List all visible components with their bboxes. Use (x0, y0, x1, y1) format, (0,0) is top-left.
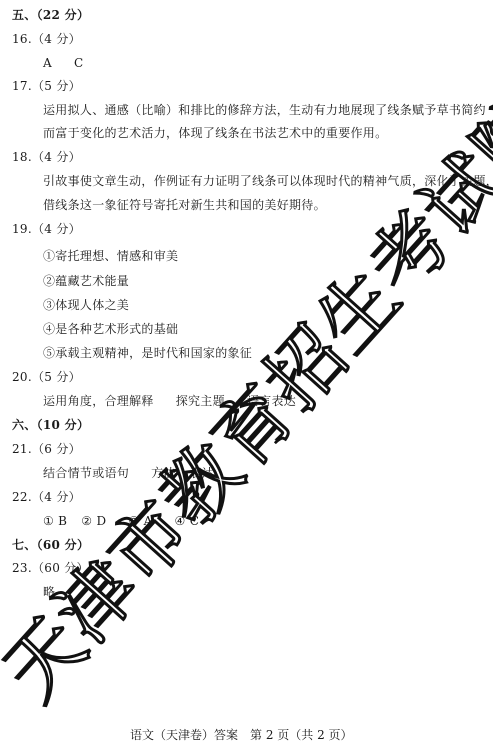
question-20-answer: 运用角度，合理解释探究主题语言表达 (43, 394, 296, 408)
answer-option: ③ A (128, 514, 152, 528)
question-19-item: ③体现人体之美 (43, 298, 129, 312)
question-23-answer: 略 (43, 585, 55, 599)
question-19-item: ⑤承载主观精神，是时代和国家的象征 (43, 346, 252, 360)
answer-point: 语言表达 (247, 394, 296, 408)
question-20-label: 20.（5 分） (12, 370, 81, 384)
answer-point: 方法 (151, 466, 176, 480)
answer-option: ② D (81, 514, 106, 528)
question-22-answer: ① B② D③ A④ C (43, 514, 199, 528)
answer-option: C (74, 56, 83, 70)
question-17-answer-line: 运用拟人、通感（比喻）和排比的修辞方法，生动有力地展现了线条赋予草书简约 (43, 103, 486, 117)
answer-point: 结合情节或语句 (43, 466, 129, 480)
question-22-label: 22.（4 分） (12, 490, 81, 504)
section-seven-heading: 七、（60 分） (12, 538, 89, 552)
question-18-answer-line: 引故事使文章生动，作例证有力证明了线条可以体现时代的精神气质，深化了主题， (43, 174, 493, 188)
answer-option: ④ C (175, 514, 200, 528)
question-17-label: 17.（5 分） (12, 79, 81, 93)
question-19-item: ①寄托理想、情感和审美 (43, 249, 178, 263)
question-16-label: 16.（4 分） (12, 32, 81, 46)
question-18-label: 18.（4 分） (12, 150, 81, 164)
question-18-answer-line: 借线条这一象征符号寄托对新生共和国的美好期待。 (43, 198, 326, 212)
question-21-label: 21.（6 分） (12, 442, 81, 456)
question-19-label: 19.（4 分） (12, 222, 81, 236)
section-six-heading: 六、（10 分） (12, 418, 89, 432)
answer-point: 探究主题 (176, 394, 225, 408)
answer-option: ① B (43, 514, 67, 528)
question-23-label: 23.（60 分） (12, 561, 89, 575)
answer-point: 运用角度，合理解释 (43, 394, 154, 408)
answer-option: A (43, 56, 52, 70)
question-19-item: ④是各种艺术形式的基础 (43, 322, 178, 336)
page-footer: 语文（天津卷）答案 第 2 页（共 2 页） (130, 726, 353, 743)
question-17-answer-line: 而富于变化的艺术活力，体现了线条在书法艺术中的重要作用。 (43, 126, 387, 140)
question-16-answer: AC (43, 56, 83, 70)
answer-point: 表达 (190, 466, 215, 480)
question-21-answer: 结合情节或语句方法表达 (43, 466, 214, 480)
question-19-item: ②蕴藏艺术能量 (43, 274, 129, 288)
section-five-heading: 五、（22 分） (12, 8, 89, 22)
answer-key-page: 五、（22 分） 16.（4 分） AC 17.（5 分） 运用拟人、通感（比喻… (0, 0, 493, 745)
